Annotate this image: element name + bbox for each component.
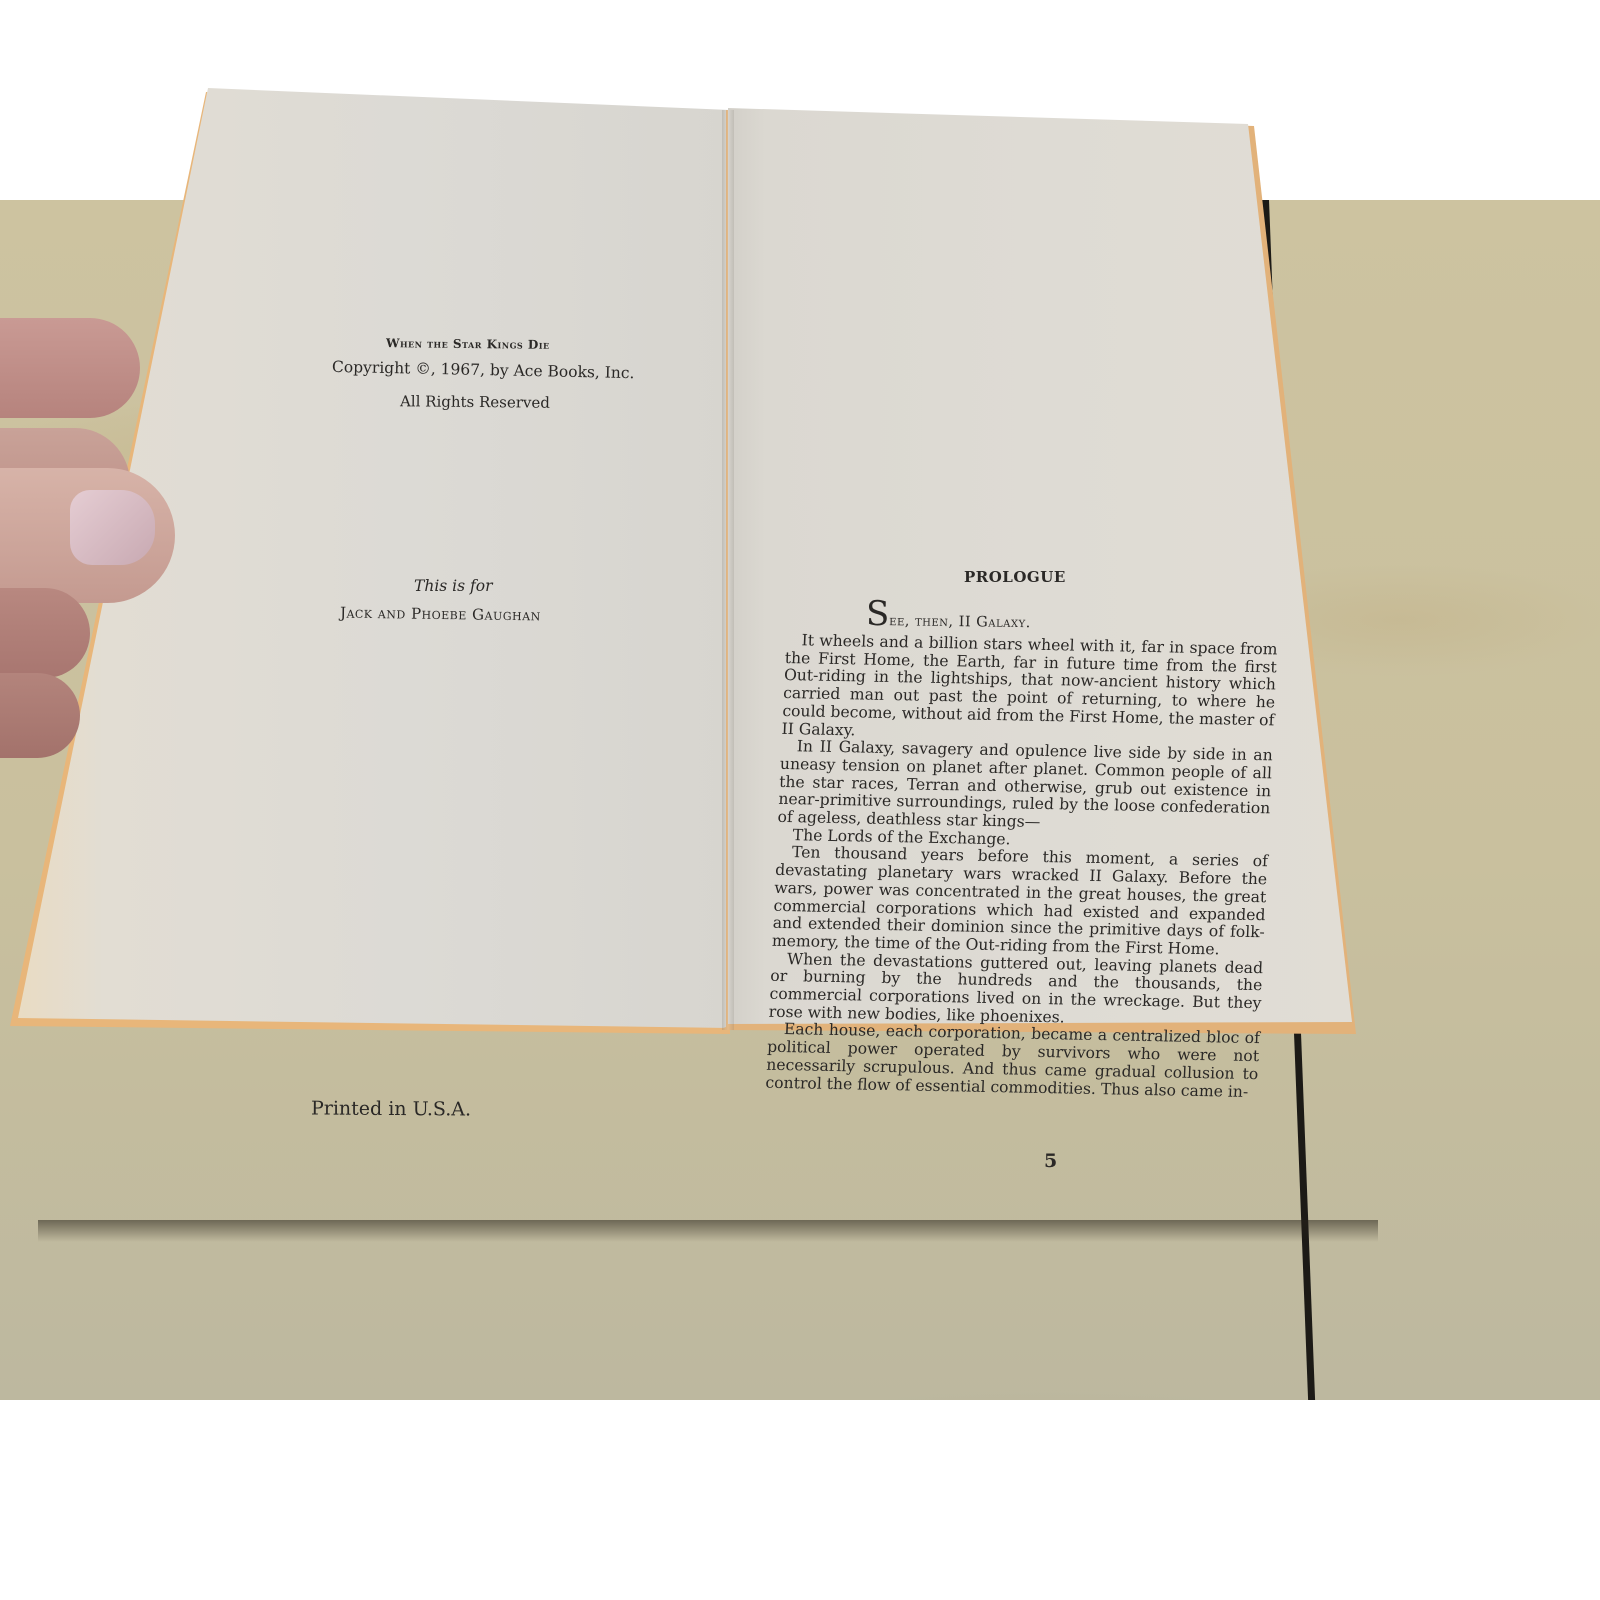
prologue-body: It wheels and a billion stars wheel with… xyxy=(765,632,1278,1101)
paragraph: When the devastations guttered out, leav… xyxy=(768,950,1263,1030)
chapter-heading: PROLOGUE xyxy=(964,568,1066,586)
paragraph: In II Galaxy, savagery and opulence live… xyxy=(777,738,1273,836)
book-gutter xyxy=(722,110,734,1030)
thumbnail xyxy=(70,490,155,565)
little-finger xyxy=(0,673,80,758)
dedication-names: Jack and Phoebe Gaughan xyxy=(340,604,541,625)
paragraph: It wheels and a billion stars wheel with… xyxy=(781,632,1278,748)
book-title: When the Star Kings Die xyxy=(386,336,550,352)
opening-line: See, then, II Galaxy. xyxy=(866,599,1031,631)
dedication-intro: This is for xyxy=(414,577,492,595)
hand-holding-book xyxy=(0,318,175,778)
index-finger xyxy=(0,318,140,418)
paragraph: Ten thousand years before this moment, a… xyxy=(772,844,1269,960)
page-number: 5 xyxy=(1044,1150,1057,1172)
paragraph: Each house, each corporation, became a c… xyxy=(765,1021,1260,1101)
drop-cap: S xyxy=(866,594,890,634)
book-shadow xyxy=(38,1220,1378,1242)
printed-in-line: Printed in U.S.A. xyxy=(311,1097,471,1120)
ring-finger xyxy=(0,588,90,678)
rights-line: All Rights Reserved xyxy=(400,392,550,412)
opening-text: ee, then, II Galaxy. xyxy=(889,613,1031,631)
